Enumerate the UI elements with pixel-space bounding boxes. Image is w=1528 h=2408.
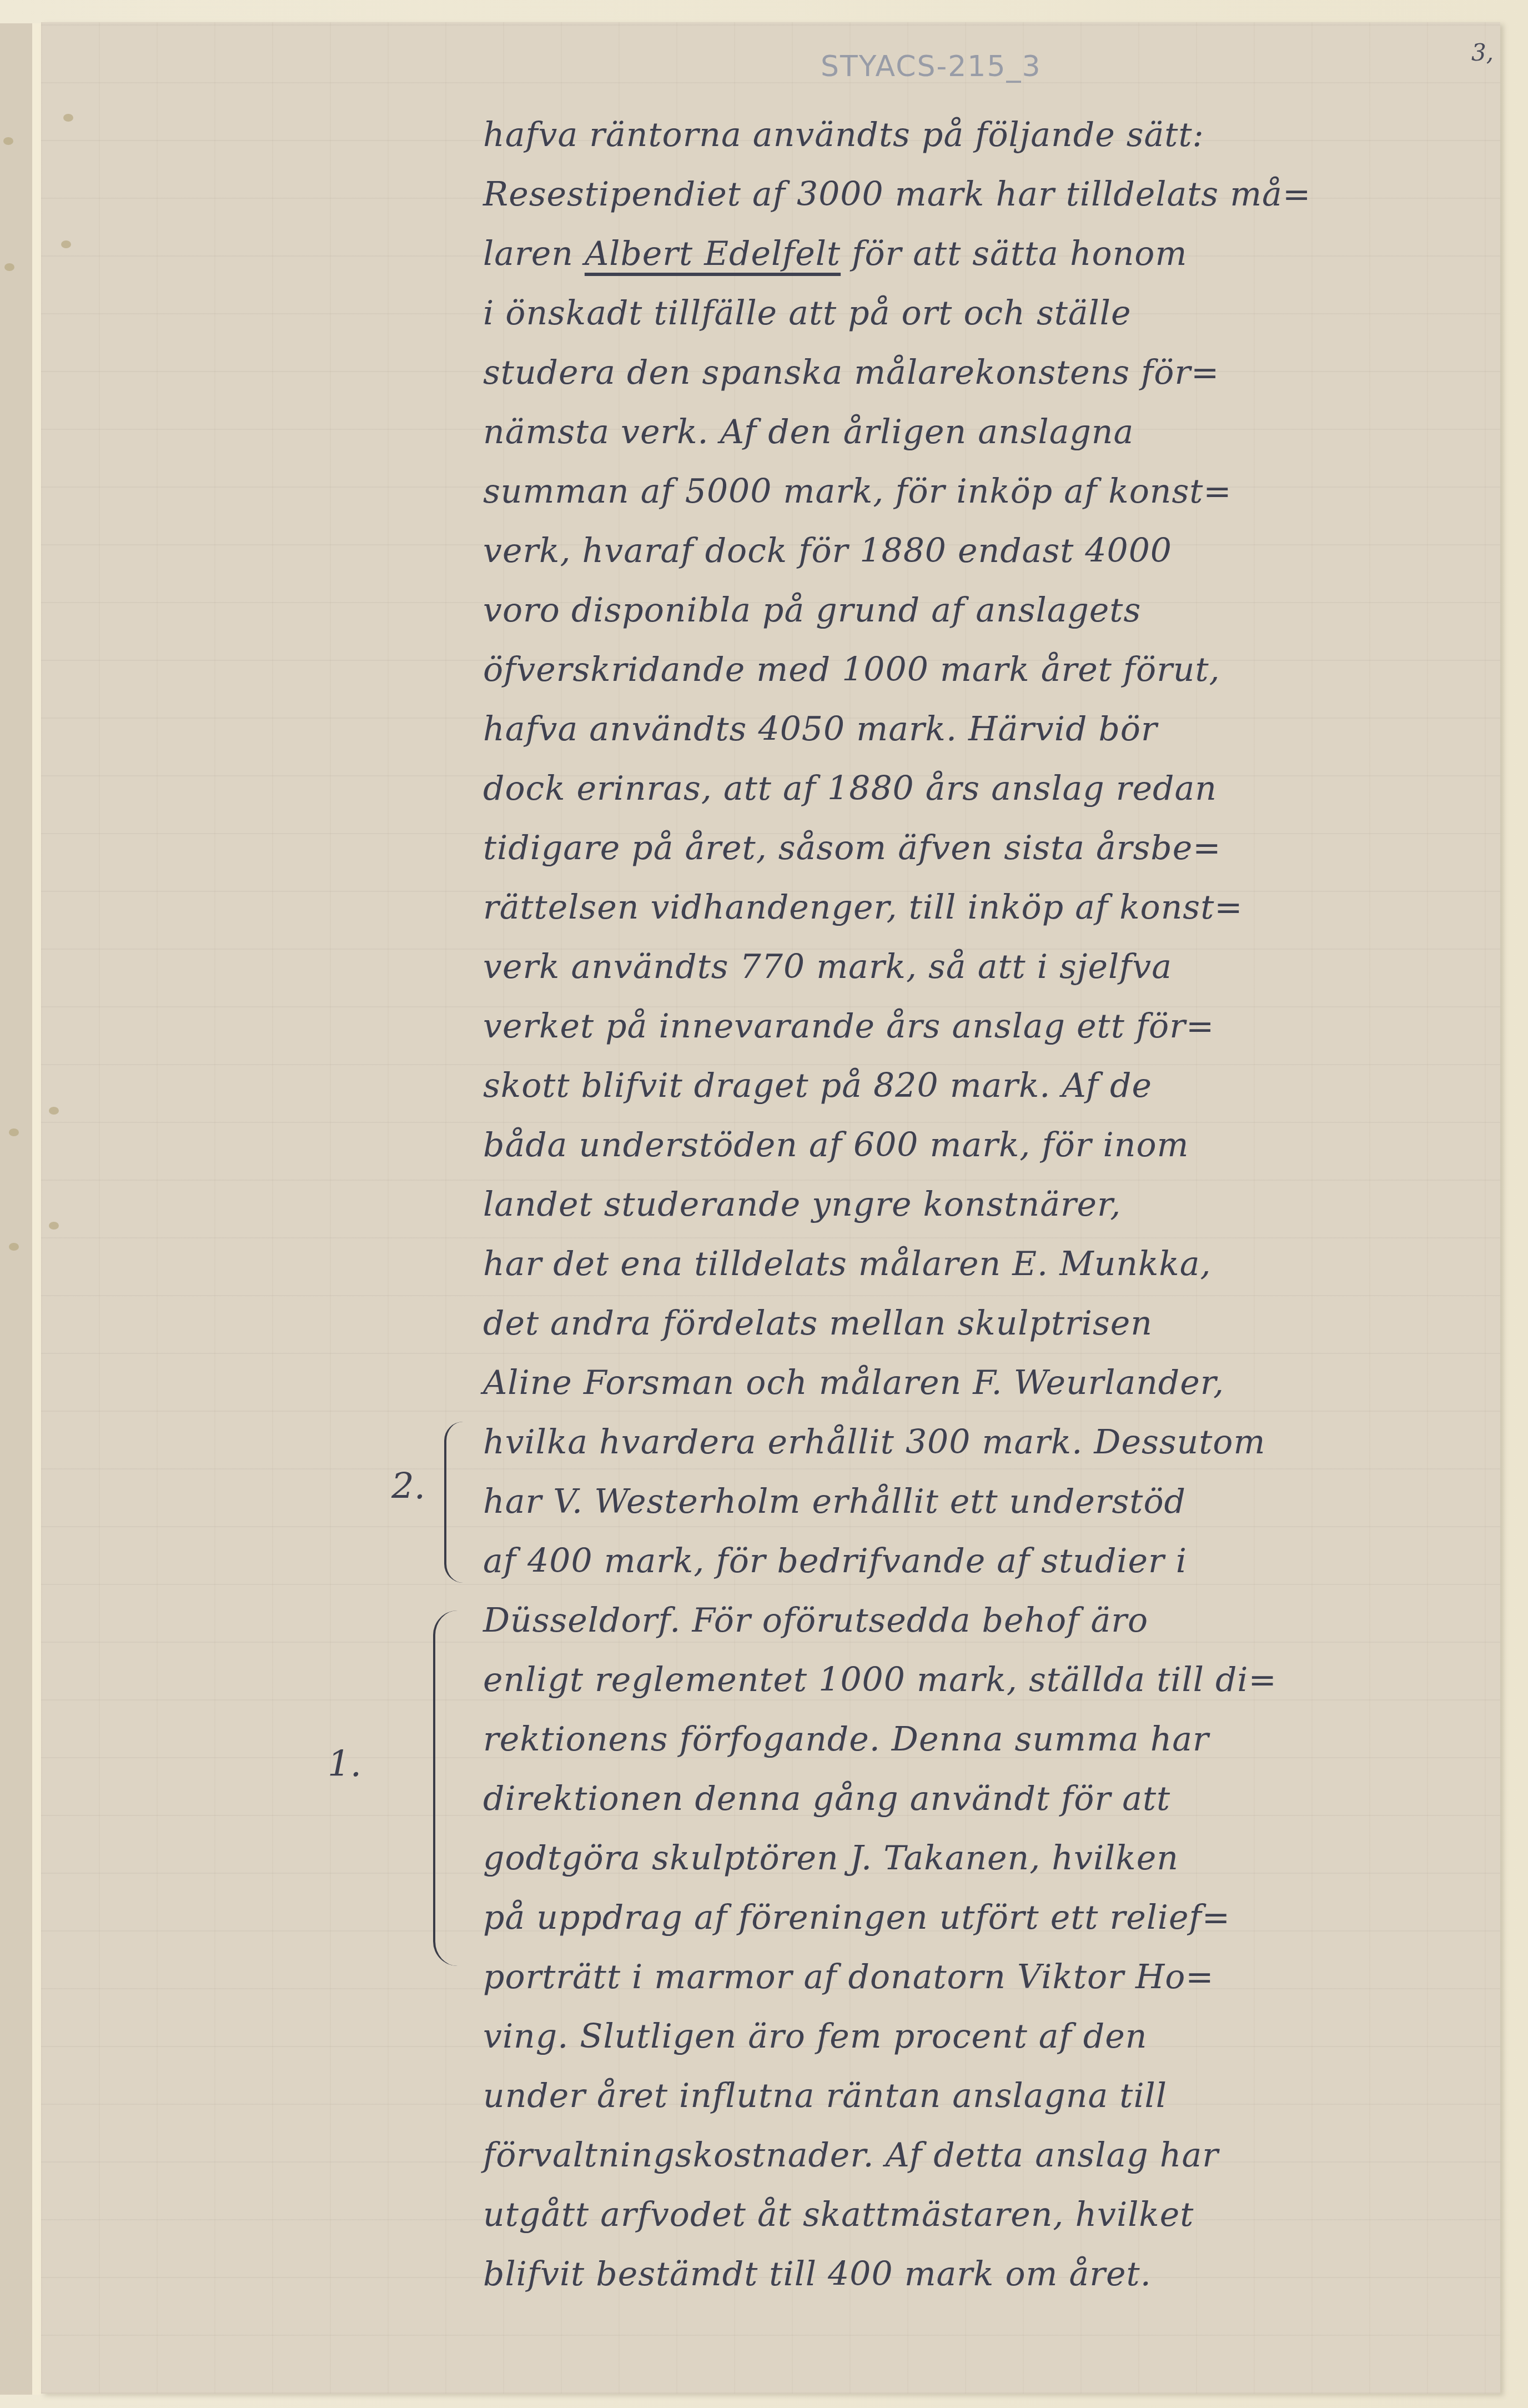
text-line: verk användts 770 mark, så att i sjelfva <box>483 937 1471 997</box>
text-line: ving. Slutligen äro fem procent af den <box>483 2007 1471 2066</box>
text-fragment: laren <box>483 234 574 273</box>
punch-hole <box>9 1243 19 1251</box>
text-line: hafva användts 4050 mark. Härvid bör <box>483 700 1471 759</box>
text-line: hafva räntorna användts på följande sätt… <box>483 106 1471 165</box>
margin-bracket-1 <box>433 1611 458 1966</box>
text-line: på uppdrag af föreningen utfört ett reli… <box>483 1888 1471 1948</box>
text-line: öfverskridande med 1000 mark året förut, <box>483 640 1471 700</box>
text-line: skott blifvit draget på 820 mark. Af de <box>483 1056 1471 1116</box>
binding-gutter <box>32 23 41 2395</box>
punch-hole <box>4 263 14 271</box>
punch-hole <box>63 114 73 122</box>
text-line: Aline Forsman och målaren F. Weurlander, <box>483 1353 1471 1413</box>
text-line: direktionen denna gång användt för att <box>483 1769 1471 1829</box>
text-line: Düsseldorf. För oförutsedda behof äro <box>483 1591 1471 1651</box>
text-line: utgått arfvodet åt skattmästaren, hvilke… <box>483 2185 1471 2245</box>
margin-bracket-2 <box>444 1422 463 1583</box>
archive-stamp: STYACS-215_3 <box>821 50 1042 83</box>
text-line: under året influtna räntan anslagna till <box>483 2066 1471 2126</box>
margin-note-2: 2. <box>391 1466 425 1507</box>
text-line: rättelsen vidhandenger, till inköp af ko… <box>483 878 1471 937</box>
underlined-name: Albert Edelfelt <box>585 234 841 273</box>
text-line: godtgöra skulptören J. Takanen, hvilken <box>483 1829 1471 1888</box>
page-number: 3, <box>1471 39 1494 66</box>
text-line: af 400 mark, för bedrifvande af studier … <box>483 1532 1471 1591</box>
text-line: i önskadt tillfälle att på ort och ställ… <box>483 284 1471 343</box>
text-line: landet studerande yngre konstnärer, <box>483 1175 1471 1235</box>
text-line: har V. Westerholm erhållit ett understöd <box>483 1472 1471 1532</box>
text-line: har det ena tilldelats målaren E. Munkka… <box>483 1235 1471 1294</box>
punch-hole <box>9 1128 19 1136</box>
text-line: summan af 5000 mark, för inköp af konst= <box>483 462 1471 521</box>
punch-hole <box>49 1107 59 1115</box>
punch-hole <box>49 1222 59 1230</box>
punch-hole <box>61 240 71 248</box>
text-line: båda understöden af 600 mark, för inom <box>483 1116 1471 1175</box>
previous-page-edge <box>0 23 33 2395</box>
text-line: Resestipendiet af 3000 mark har tilldela… <box>483 165 1471 224</box>
text-line: voro disponibla på grund af anslagets <box>483 581 1471 640</box>
text-line: verk, hvaraf dock för 1880 endast 4000 <box>483 521 1471 581</box>
margin-note-1: 1. <box>328 1744 361 1785</box>
manuscript-text: hafva räntorna användts på följande sätt… <box>483 106 1471 2304</box>
text-line: enligt reglementet 1000 mark, ställda ti… <box>483 1651 1471 1710</box>
text-line: tidigare på året, såsom äfven sista årsb… <box>483 819 1471 878</box>
punch-hole <box>3 137 13 145</box>
text-line: förvaltningskostnader. Af detta anslag h… <box>483 2126 1471 2185</box>
text-line: studera den spanska målarekonstens för= <box>483 343 1471 403</box>
text-line: laren Albert Edelfelt för att sätta hono… <box>483 224 1471 284</box>
text-line: dock erinras, att af 1880 års anslag red… <box>483 759 1471 819</box>
text-line: blifvit bestämdt till 400 mark om året. <box>483 2245 1471 2304</box>
text-line: rektionens förfogande. Denna summa har <box>483 1710 1471 1769</box>
text-line: nämsta verk. Af den årligen anslagna <box>483 403 1471 462</box>
text-fragment: för att sätta honom <box>841 234 1187 273</box>
text-line: hvilka hvardera erhållit 300 mark. Dessu… <box>483 1413 1471 1472</box>
text-line: verket på innevarande års anslag ett för… <box>483 997 1471 1056</box>
text-line: porträtt i marmor af donatorn Viktor Ho= <box>483 1948 1471 2007</box>
text-line: det andra fördelats mellan skulptrisen <box>483 1294 1471 1353</box>
